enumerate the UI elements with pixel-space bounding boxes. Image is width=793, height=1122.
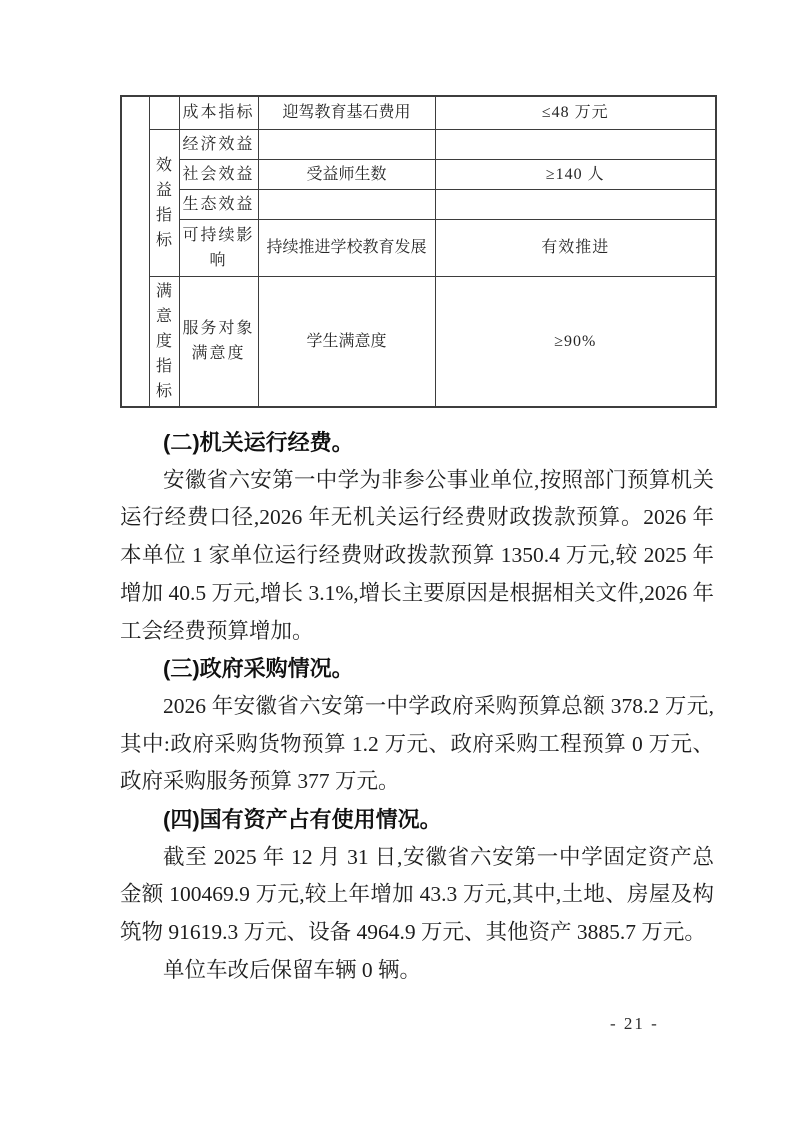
- paragraph-agency-operating-funds: 安徽省六安第一中学为非参公事业单位,按照部门预算机关运行经费口径,2026 年无…: [120, 462, 714, 651]
- paragraph-government-procurement: 2026 年安徽省六安第一中学政府采购预算总额 378.2 万元,其中:政府采购…: [120, 688, 714, 801]
- section-heading-government-procurement: (三)政府采购情况。: [120, 650, 714, 688]
- table-cell-group-benefit: 效益指标: [149, 129, 179, 276]
- document-body: (二)机关运行经费。 安徽省六安第一中学为非参公事业单位,按照部门预算机关运行经…: [120, 424, 714, 990]
- table-cell-category-social: 社会效益: [179, 159, 258, 189]
- section-heading-state-assets: (四)国有资产占有使用情况。: [120, 801, 714, 839]
- table-cell-group-spacer: [149, 96, 179, 129]
- table-cell-indicator-sustainable: 持续推进学校教育发展: [258, 219, 435, 276]
- performance-indicator-table: 成本指标 迎驾教育基石费用 ≤48 万元 效益指标 经济效益 社会效益 受益师生…: [120, 95, 717, 408]
- table-cell-indicator-student-satisfaction: 学生满意度: [258, 276, 435, 407]
- table-cell-value-cost: ≤48 万元: [435, 96, 716, 129]
- table-cell-indicator-economic: [258, 129, 435, 159]
- table-cell-category-service-target: 服务对象满意度: [179, 276, 258, 407]
- table-cell-value-ecological: [435, 189, 716, 219]
- document-page: 成本指标 迎驾教育基石费用 ≤48 万元 效益指标 经济效益 社会效益 受益师生…: [0, 0, 793, 1122]
- paragraph-state-assets: 截至 2025 年 12 月 31 日,安徽省六安第一中学固定资产总金额 100…: [120, 839, 714, 952]
- table-cell-continuation: [121, 96, 149, 407]
- table-row: 满意度指标 服务对象满意度 学生满意度 ≥90%: [121, 276, 716, 407]
- table-row: 成本指标 迎驾教育基石费用 ≤48 万元: [121, 96, 716, 129]
- table-cell-indicator-ecological: [258, 189, 435, 219]
- paragraph-vehicles: 单位车改后保留车辆 0 辆。: [120, 952, 714, 990]
- table-cell-category-ecological: 生态效益: [179, 189, 258, 219]
- table-cell-category-economic: 经济效益: [179, 129, 258, 159]
- table-row: 可持续影响 持续推进学校教育发展 有效推进: [121, 219, 716, 276]
- section-heading-agency-operating-funds: (二)机关运行经费。: [120, 424, 714, 462]
- table-cell-value-sustainable: 有效推进: [435, 219, 716, 276]
- table-cell-value-social: ≥140 人: [435, 159, 716, 189]
- table-row: 效益指标 经济效益: [121, 129, 716, 159]
- table-cell-value-economic: [435, 129, 716, 159]
- table-cell-group-satisfaction: 满意度指标: [149, 276, 179, 407]
- table-cell-indicator-social: 受益师生数: [258, 159, 435, 189]
- table-row: 生态效益: [121, 189, 716, 219]
- table-cell-category-cost: 成本指标: [179, 96, 258, 129]
- table-cell-category-sustainable: 可持续影响: [179, 219, 258, 276]
- table-row: 社会效益 受益师生数 ≥140 人: [121, 159, 716, 189]
- page-number: - 21 -: [610, 1014, 690, 1034]
- table-cell-indicator-cost: 迎驾教育基石费用: [258, 96, 435, 129]
- table-cell-value-student-satisfaction: ≥90%: [435, 276, 716, 407]
